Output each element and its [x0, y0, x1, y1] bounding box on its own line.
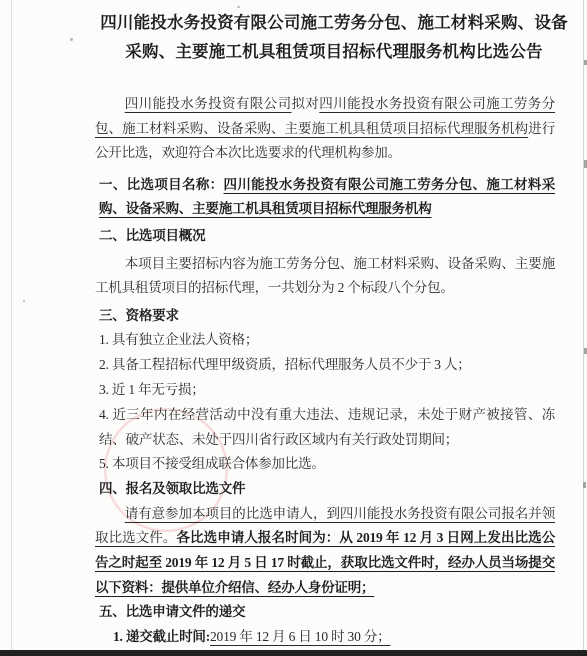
section4-body: 请有意参加本项目的比选申请人，到四川能投水务投资有限公司报名并领取比选文件。各比… — [95, 502, 555, 600]
qualification-item-3: 3. 近 1 年无亏损； — [95, 378, 555, 403]
deadline-label: 1. 递交截止时间: — [113, 629, 210, 644]
section4-heading: 四、报名及领取比选文件 — [95, 477, 555, 502]
section2-heading: 二、比选项目概况 — [95, 224, 555, 249]
qualification-item-5: 5. 本项目不接受组成联合体参加比选。 — [95, 452, 555, 477]
qualification-item-4: 4. 近三年内在经营活动中没有重大违法、违规记录，未处于财产被接管、冻结、破产状… — [95, 403, 555, 453]
section5-heading: 五、比选申请文件的递交 — [95, 600, 555, 625]
section2-body: 本项目主要招标内容为施工劳务分包、施工材料采购、设备采购、主要施工机具租赁项目的… — [95, 252, 555, 301]
qualification-item-1: 1. 具有独立企业法人资格； — [95, 328, 555, 353]
submission-deadline-line: 1. 递交截止时间:2019 年 12 月 6 日 10 时 30 分； — [95, 625, 555, 650]
intro-paragraph: 四川能投水务投资有限公司拟对四川能投水务投资有限公司施工劳务分包、施工材料采购、… — [95, 92, 555, 166]
deadline-date-underlined: 2019 年 12 月 6 日 10 时 30 分； — [210, 629, 390, 644]
section3-heading: 三、资格要求 — [95, 304, 555, 329]
section1-heading: 一、比选项目名称：四川能投水务投资有限公司施工劳务分包、施工材料采购、设备采购、… — [95, 173, 555, 222]
company-name-underlined: 四川能投水务投资有限公司 — [125, 96, 292, 111]
section1-label: 一、比选项目名称： — [99, 177, 224, 192]
intro-text: 拟对 — [291, 96, 319, 111]
scanned-document-page: 四川能投水务投资有限公司施工劳务分包、施工材料采购、设备采购、主要施工机具租赁项… — [0, 0, 587, 656]
scan-bottom-edge-bar — [0, 650, 587, 656]
qualification-item-2: 2. 具备工程招标代理甲级资质，招标代理服务人员不少于 3 人； — [95, 353, 555, 378]
document-content: 四川能投水务投资有限公司施工劳务分包、施工材料采购、设备采购、主要施工机具租赁项… — [0, 0, 587, 649]
document-title: 四川能投水务投资有限公司施工劳务分包、施工材料采购、设备采购、主要施工机具租赁项… — [95, 8, 573, 66]
